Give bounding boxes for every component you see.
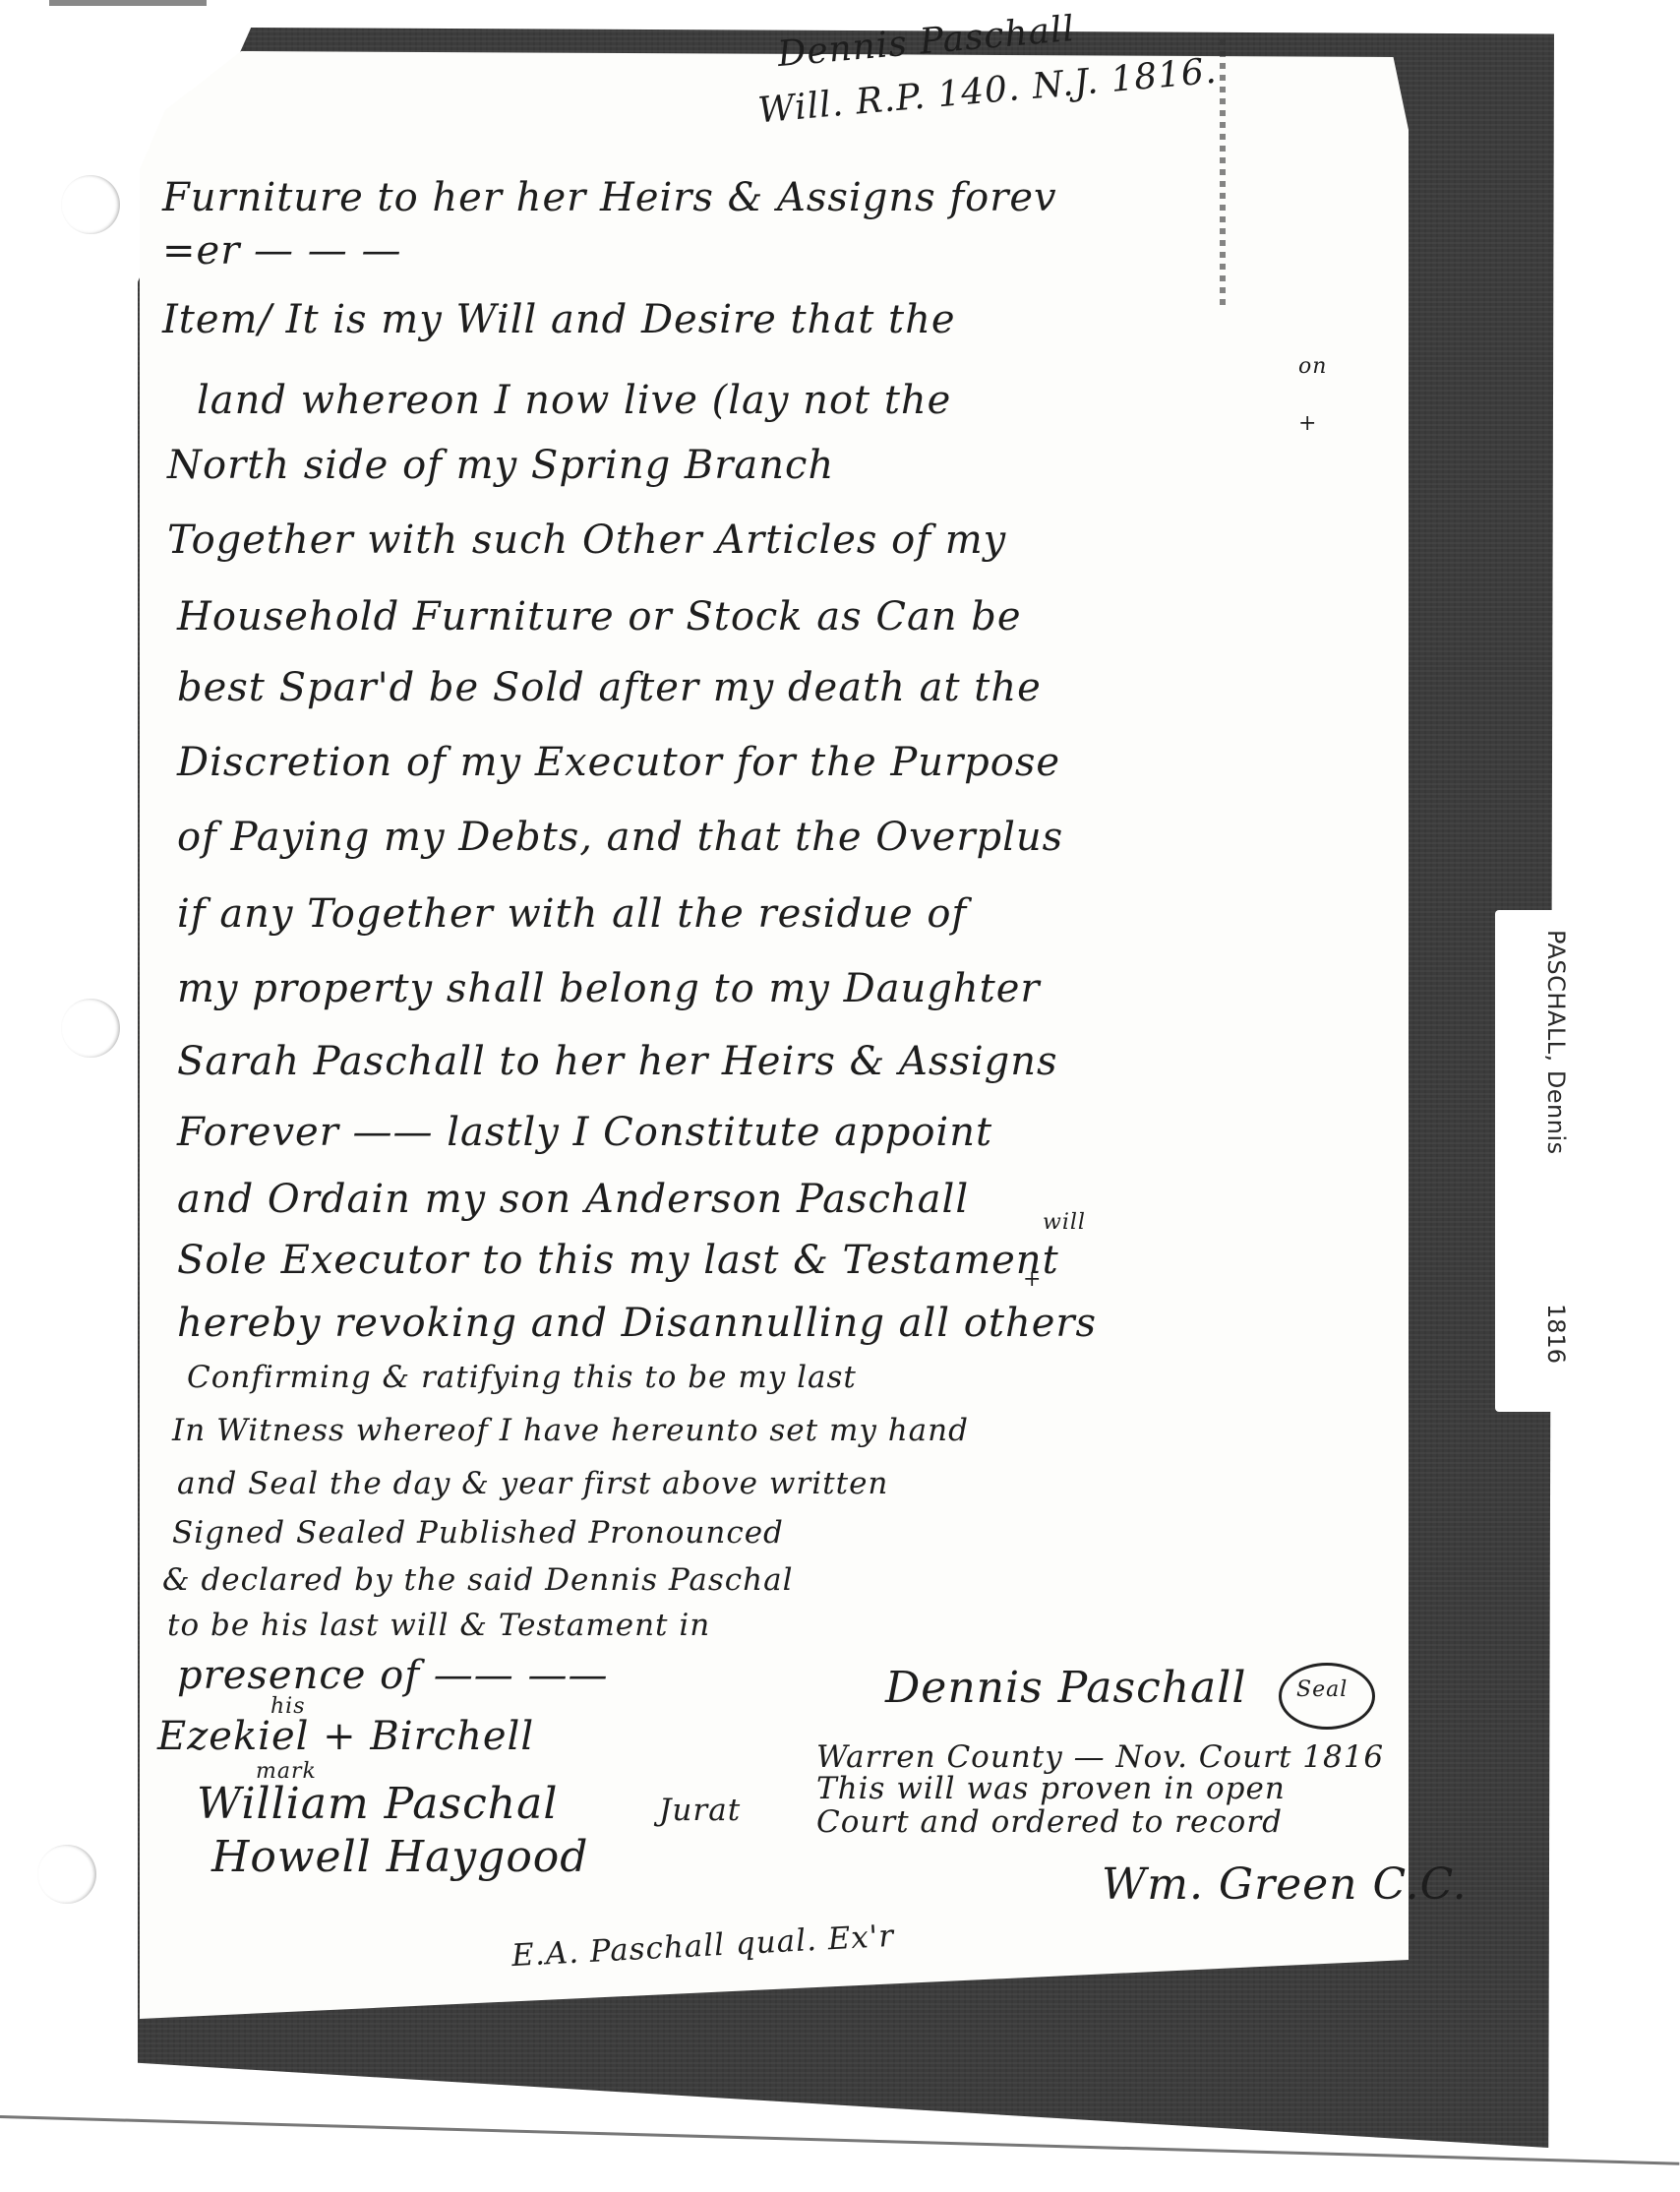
will-line: Confirming & ratifying this to be my las… — [187, 1360, 857, 1395]
will-line: of Paying my Debts, and that the Overplu… — [177, 815, 1063, 860]
will-line: Forever —— lastly I Constitute appoint — [177, 1110, 992, 1155]
will-line: hereby revoking and Disannulling all oth… — [177, 1301, 1097, 1346]
interlineation-on: on — [1298, 354, 1327, 379]
will-line: North side of my Spring Branch — [167, 443, 834, 488]
will-line: Together with such Other Articles of my — [167, 518, 1006, 563]
clerk-signature: Wm. Green C.C. — [1102, 1859, 1468, 1910]
attestation-line: Signed Sealed Published Pronounced — [172, 1515, 784, 1551]
will-line: my property shall belong to my Daughter — [177, 966, 1041, 1011]
will-line: and Seal the day & year first above writ… — [177, 1466, 888, 1501]
witness-howell-haygood: Howell Haygood — [211, 1832, 588, 1882]
probate-line: Court and ordered to record — [816, 1804, 1283, 1840]
probate-line: Warren County — Nov. Court 1816 — [816, 1739, 1384, 1775]
seal-label: Seal — [1296, 1677, 1348, 1702]
archive-label: PASCHALL, Dennis 1816 — [1495, 910, 1613, 1412]
attestation-line: & declared by the said Dennis Paschal — [162, 1562, 794, 1598]
will-line: if any Together with all the residue of — [177, 891, 967, 937]
scan-edge-artifact — [49, 0, 207, 6]
will-line: best Spar'd be Sold after my death at th… — [177, 665, 1042, 710]
witness-william-paschal: William Paschal — [197, 1779, 558, 1829]
will-line: Sarah Paschall to her her Heirs & Assign… — [177, 1039, 1058, 1084]
insertion-mark: + — [1298, 411, 1317, 436]
attestation-line: to be his last will & Testament in — [167, 1608, 710, 1643]
attestation-line: presence of —— —— — [177, 1653, 608, 1698]
testator-signature: Dennis Paschall — [885, 1663, 1246, 1713]
will-line: land whereon I now live (lay not the — [197, 378, 951, 423]
will-line: =er — — — — [162, 228, 401, 274]
hole-punch-middle — [61, 999, 120, 1058]
will-line: In Witness whereof I have hereunto set m… — [172, 1413, 969, 1448]
will-line: and Ordain my son Anderson Paschall — [177, 1177, 969, 1222]
will-line: Furniture to her her Heirs & Assigns for… — [162, 175, 1057, 220]
will-line: Household Furniture or Stock as Can be — [177, 594, 1022, 639]
will-line: Item/ It is my Will and Desire that the — [162, 297, 956, 342]
archive-label-year: 1816 — [1542, 1304, 1570, 1364]
jurat-note: Jurat — [659, 1793, 741, 1828]
insertion-mark: + — [1023, 1267, 1042, 1292]
will-line: Discretion of my Executor for the Purpos… — [177, 740, 1060, 785]
witness-ezekiel-birchell: Ezekiel + Birchell — [157, 1714, 534, 1759]
hole-punch-bottom — [37, 1845, 96, 1904]
will-line: Sole Executor to this my last & Testamen… — [177, 1238, 1059, 1283]
probate-line: This will was proven in open — [816, 1771, 1286, 1806]
fold-crease — [1220, 39, 1226, 305]
interlineation-will: will — [1043, 1210, 1086, 1235]
hole-punch-top — [61, 175, 120, 234]
archive-label-name: PASCHALL, Dennis — [1542, 930, 1570, 1155]
